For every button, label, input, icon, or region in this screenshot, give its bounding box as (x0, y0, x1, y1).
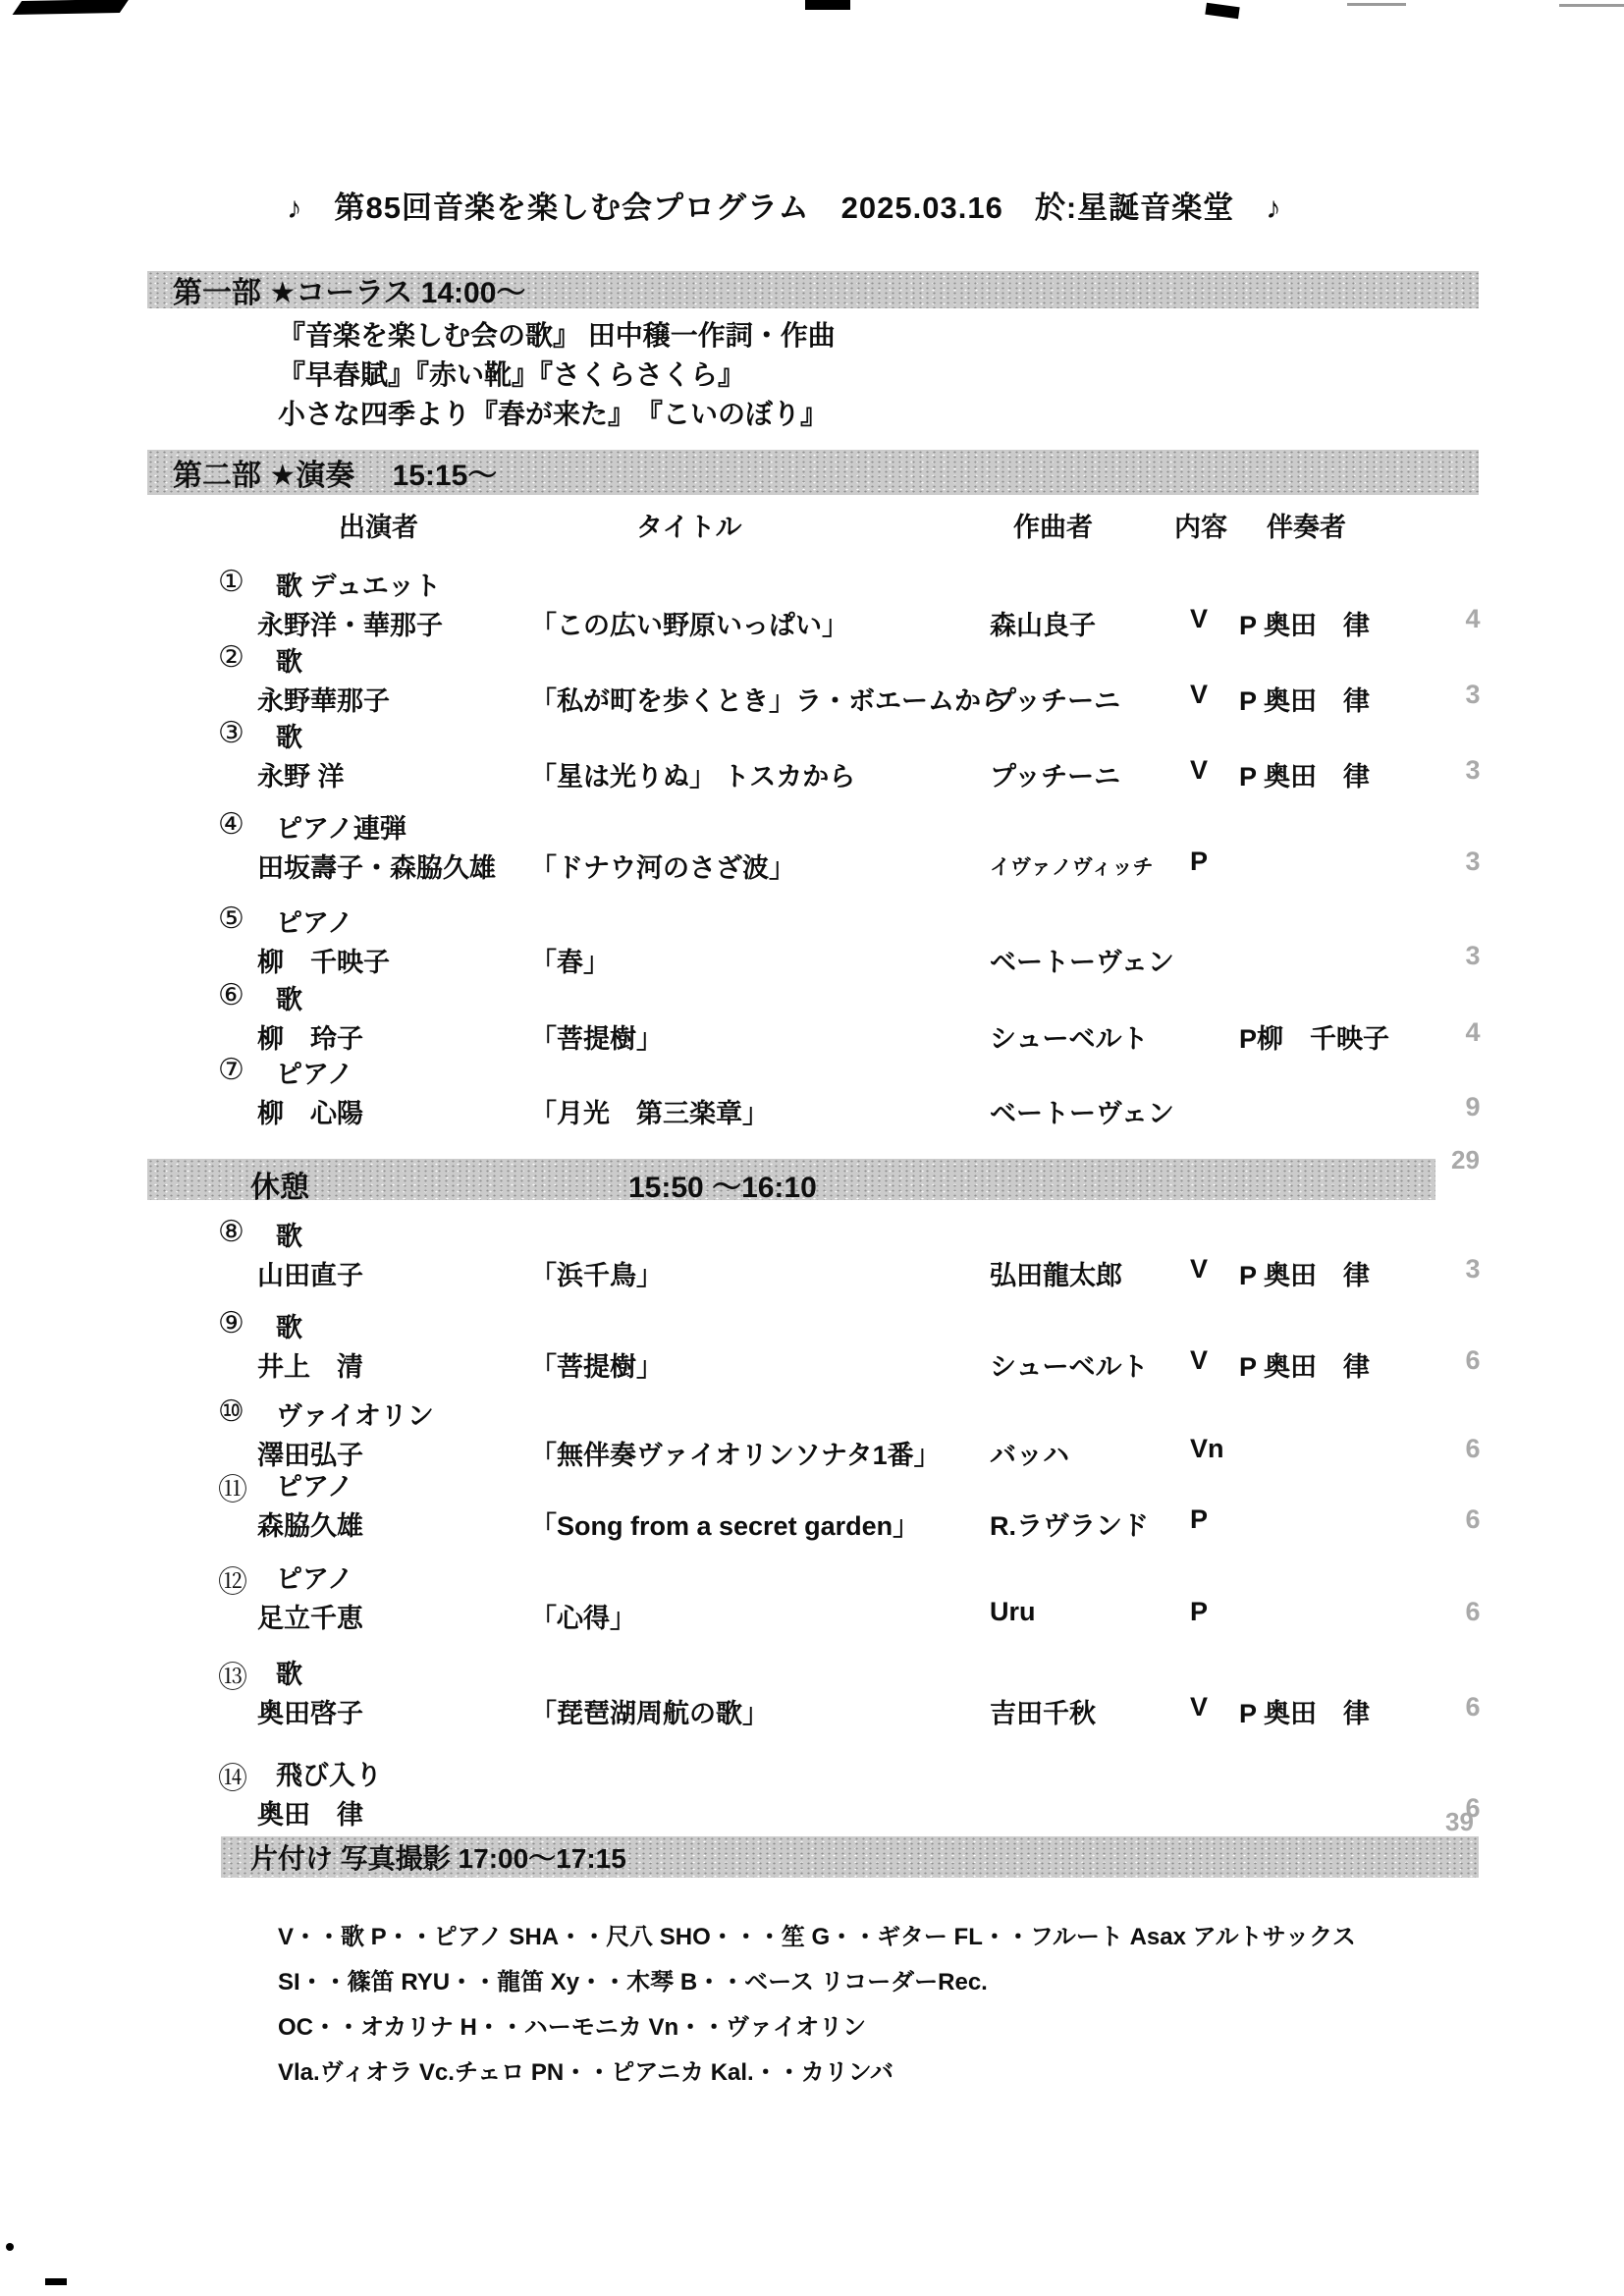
item-duration: 9 (1449, 1092, 1496, 1122)
item-number: ③ (218, 716, 244, 750)
program-item: ⑭ 飛び入り 奥田 律 6 (0, 1754, 1624, 1832)
item-category: 歌 (276, 1653, 302, 1691)
item-category: 歌 (276, 1306, 302, 1344)
item-number: ⑭ (218, 1754, 247, 1797)
item-duration: 4 (1449, 604, 1496, 634)
item-accompanist: P 奥田 律 (1239, 755, 1370, 793)
item-song-title: 「ドナウ河のさざ波」 (530, 847, 795, 885)
item-category: 歌 (276, 978, 302, 1016)
item-category: ピアノ連弾 (276, 807, 406, 846)
item-duration: 3 (1449, 680, 1496, 710)
item-duration: 3 (1449, 941, 1496, 971)
item-accompanist: P柳 千映子 (1239, 1017, 1389, 1056)
item-category: 歌 (276, 640, 302, 679)
item-composer: 森山良子 (990, 604, 1096, 642)
item-performer: 柳 心陽 (257, 1092, 363, 1130)
program-item: ⑧ 歌 山田直子 「浜千鳥」 弘田龍太郎 V P 奥田 律 3 (0, 1215, 1624, 1293)
item-song-title: 「菩提樹」 (530, 1345, 663, 1384)
item-performer: 奥田啓子 (257, 1692, 363, 1730)
item-duration: 6 (1449, 1692, 1496, 1722)
item-category: ピアノ (276, 1558, 353, 1596)
item-category: ピアノ (276, 1053, 353, 1091)
item-composer: シューベルト (990, 1345, 1148, 1384)
item-number: ⑤ (218, 902, 244, 936)
item-song-title: 「春」 (530, 941, 610, 979)
cumulative-minutes-total: 39 (1445, 1807, 1474, 1837)
abbreviation-legend: V・・歌 P・・ピアノ SHA・・尺八 SHO・・・笙 G・・ギター FL・・フ… (278, 1915, 1356, 2096)
item-category: 飛び入り (276, 1754, 382, 1792)
item-composer: 弘田龍太郎 (990, 1254, 1122, 1292)
item-category: ピアノ (276, 902, 353, 940)
program-item: ⑦ ピアノ 柳 心陽 「月光 第三楽章」 ベートーヴェン 9 (0, 1053, 1624, 1131)
item-number: ⑩ (218, 1394, 244, 1429)
cleanup-label: 片付け 写真撮影 17:00～17:15 (250, 1837, 626, 1877)
item-content: V (1190, 604, 1208, 634)
program-item: ⑤ ピアノ 柳 千映子 「春」 ベートーヴェン 3 (0, 902, 1624, 980)
item-song-title: 「菩提樹」 (530, 1017, 663, 1056)
item-performer: 柳 玲子 (257, 1017, 363, 1056)
program-item: ① 歌 デュエット 永野洋・華那子 「この広い野原いっぱい」 森山良子 V P … (0, 565, 1624, 643)
item-composer: シューベルト (990, 1017, 1148, 1056)
item-content: V (1190, 680, 1208, 710)
item-performer: 山田直子 (257, 1254, 363, 1292)
item-category: 歌 (276, 1215, 302, 1253)
item-performer: 田坂壽子・森脇久雄 (257, 847, 496, 885)
item-number: ⑥ (218, 978, 244, 1012)
item-song-title: 「私が町を歩くとき」ラ・ボエームから (530, 680, 1007, 718)
program-item: ② 歌 永野華那子 「私が町を歩くとき」ラ・ボエームから プッチーニ V P 奥… (0, 640, 1624, 719)
item-duration: 3 (1449, 1254, 1496, 1285)
item-performer: 永野洋・華那子 (257, 604, 443, 642)
item-content: V (1190, 755, 1208, 786)
program-item: ④ ピアノ連弾 田坂壽子・森脇久雄 「ドナウ河のさざ波」 イヴァノヴィッチ P … (0, 807, 1624, 886)
cumulative-minutes-before-break: 29 (1451, 1145, 1480, 1175)
item-number: ⑫ (218, 1558, 247, 1601)
item-accompanist: P 奥田 律 (1239, 1692, 1370, 1730)
item-song-title: 「浜千鳥」 (530, 1254, 663, 1292)
item-category: ピアノ (276, 1465, 353, 1503)
item-performer: 永野 洋 (257, 755, 345, 793)
item-composer: R.ラヴランド (990, 1504, 1149, 1543)
item-number: ⑨ (218, 1306, 244, 1340)
item-song-title: 「この広い野原いっぱい」 (530, 604, 848, 642)
program-item: ⑨ 歌 井上 清 「菩提樹」 シューベルト V P 奥田 律 6 (0, 1306, 1624, 1385)
intermission-label: 休憩 (250, 1163, 309, 1206)
program-item: ⑩ ヴァイオリン 澤田弘子 「無伴奏ヴァイオリンソナタ1番」 バッハ Vn 6 (0, 1394, 1624, 1473)
intermission-bar: 休憩 15:50 ～16:10 (147, 1159, 1435, 1200)
item-category: 歌 デュエット (276, 565, 441, 603)
item-number: ⑦ (218, 1053, 244, 1087)
intermission-time: 15:50 ～16:10 (628, 1163, 817, 1206)
item-duration: 3 (1449, 755, 1496, 786)
item-number: ⑪ (218, 1465, 247, 1508)
legend-line: Vla.ヴィオラ Vc.チェロ PN・・ピアニカ Kal.・・カリンバ (278, 2050, 1356, 2096)
item-song-title: 「Song from a secret garden」 (530, 1504, 919, 1543)
item-composer: プッチーニ (990, 755, 1120, 793)
item-composer: イヴァノヴィッチ (990, 851, 1154, 881)
item-accompanist: P 奥田 律 (1239, 1254, 1370, 1292)
item-content: V (1190, 1692, 1208, 1722)
item-accompanist: P 奥田 律 (1239, 604, 1370, 642)
item-performer: 森脇久雄 (257, 1504, 363, 1543)
item-content: V (1190, 1254, 1208, 1285)
item-category: 歌 (276, 716, 302, 754)
scanned-program-page: ♪ 第85回音楽を楽しむ会プログラム 2025.03.16 於:星誕音楽堂 ♪ … (0, 0, 1624, 2296)
item-performer: 奥田 律 (257, 1793, 363, 1831)
item-number: ⑧ (218, 1215, 244, 1249)
program-item: ⑪ ピアノ 森脇久雄 「Song from a secret garden」 R… (0, 1465, 1624, 1544)
item-accompanist: P 奥田 律 (1239, 680, 1370, 718)
legend-line: V・・歌 P・・ピアノ SHA・・尺八 SHO・・・笙 G・・ギター FL・・フ… (278, 1915, 1356, 1960)
program-item: ⑥ 歌 柳 玲子 「菩提樹」 シューベルト P柳 千映子 4 (0, 978, 1624, 1057)
item-composer: ベートーヴェン (990, 941, 1174, 979)
item-duration: 3 (1449, 847, 1496, 877)
item-song-title: 「心得」 (530, 1597, 636, 1635)
program-item: ③ 歌 永野 洋 「星は光りぬ」 トスカから プッチーニ V P 奥田 律 3 (0, 716, 1624, 794)
legend-line: SI・・篠笛 RYU・・龍笛 Xy・・木琴 B・・ベース リコーダーRec. (278, 1960, 1356, 2005)
item-duration: 4 (1449, 1017, 1496, 1048)
item-performer: 足立千恵 (257, 1597, 363, 1635)
item-content: P (1190, 1504, 1208, 1535)
item-composer: 吉田千秋 (990, 1692, 1096, 1730)
item-performer: 井上 清 (257, 1345, 363, 1384)
item-content: P (1190, 847, 1208, 877)
item-performer: 永野華那子 (257, 680, 390, 718)
item-number: ④ (218, 807, 244, 842)
item-category: ヴァイオリン (276, 1394, 434, 1433)
program-item: ⑬ 歌 奥田啓子 「琵琶湖周航の歌」 吉田千秋 V P 奥田 律 6 (0, 1653, 1624, 1731)
item-number: ① (218, 565, 244, 599)
legend-line: OC・・オカリナ H・・ハーモニカ Vn・・ヴァイオリン (278, 2005, 1356, 2050)
item-number: ② (218, 640, 244, 675)
item-content: Vn (1190, 1434, 1224, 1464)
item-composer: Uru (990, 1597, 1036, 1627)
item-performer: 柳 千映子 (257, 941, 390, 979)
item-song-title: 「月光 第三楽章」 (530, 1092, 769, 1130)
item-content: P (1190, 1597, 1208, 1627)
item-content: V (1190, 1345, 1208, 1376)
cleanup-bar: 片付け 写真撮影 17:00～17:15 (221, 1836, 1479, 1878)
item-number: ⑬ (218, 1653, 247, 1696)
program-item: ⑫ ピアノ 足立千恵 「心得」 Uru P 6 (0, 1558, 1624, 1636)
item-song-title: 「琵琶湖周航の歌」 (530, 1692, 769, 1730)
item-accompanist: P 奥田 律 (1239, 1345, 1370, 1384)
item-duration: 6 (1449, 1504, 1496, 1535)
item-duration: 6 (1449, 1345, 1496, 1376)
item-duration: 6 (1449, 1434, 1496, 1464)
item-composer: プッチーニ (990, 680, 1120, 718)
item-duration: 6 (1449, 1597, 1496, 1627)
item-composer: ベートーヴェン (990, 1092, 1174, 1130)
item-song-title: 「星は光りぬ」 トスカから (530, 755, 855, 793)
